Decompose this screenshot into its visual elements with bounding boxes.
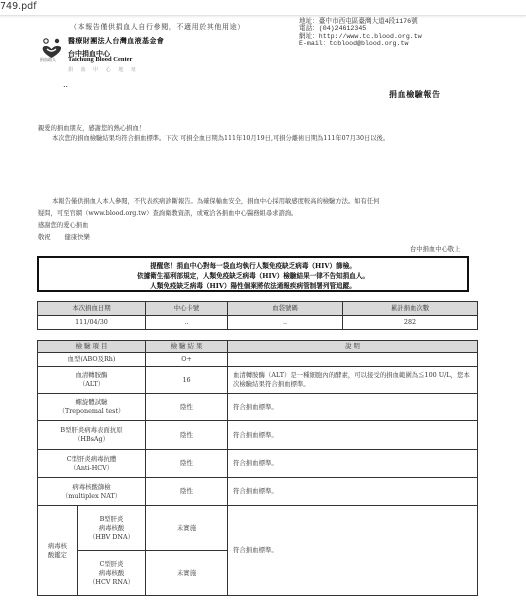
table-row: 血型(ABO及Rh) O+: [38, 353, 478, 367]
test-item: 病毒核酸篩檢（multiplex NAT）: [38, 478, 146, 506]
table-row: 血清轉胺酶（ALT） 16 血清轉胺酶（ALT）是一種細胞內的酵素，可以接受的捐…: [38, 367, 478, 394]
phone-line: 電話：(04)24612345: [299, 25, 422, 32]
bag-number: ..: [228, 316, 343, 330]
test-result: O+: [146, 353, 228, 367]
header-card-number: 中心卡號: [146, 302, 228, 316]
test-item: C型肝炎病毒抗體（Anti-HCV）: [38, 450, 146, 478]
test-note: 符合捐血標準。: [228, 394, 478, 421]
test-item: B型肝炎病毒核酸（HBV DNA）: [78, 506, 146, 551]
table-row: 病毒核酸鑑定 B型肝炎病毒核酸（HBV DNA） 未實施 符合捐血標準。: [38, 506, 478, 551]
nat-group-label: 病毒核酸鑑定: [38, 506, 78, 596]
header-donation-date: 本次捐血日期: [38, 302, 146, 316]
test-result: 陰性: [146, 450, 228, 478]
header-total-donations: 累計捐血次數: [343, 302, 478, 316]
disclaimer-line-1: 本報告僅供捐血人本人參閱，不代表疾病診斷報告。為確保輸血安全，捐血中心採用敏感度…: [52, 196, 379, 205]
table-row: 螺旋體試驗（Treponemal test） 陰性 符合捐血標準。: [38, 394, 478, 421]
test-item: 血清轉胺酶（ALT）: [38, 367, 146, 394]
logo-caption: 捐血助人: [40, 57, 56, 63]
header-test-result: 檢 驗 結 果: [146, 341, 228, 353]
test-result: 未實施: [146, 551, 228, 596]
signature: 台中捐血中心敬上: [410, 244, 460, 253]
regards-2: 健康快樂: [65, 234, 90, 241]
test-note: 符合捐血標準。: [228, 506, 478, 596]
organization-name: 醫療財團法人台灣血液基金會: [68, 36, 164, 46]
test-item: C型肝炎病毒核酸（HCV RNA）: [78, 551, 146, 596]
email-line: E-mail：tcblood@blood.org.tw: [299, 40, 422, 47]
test-note: [228, 353, 478, 367]
website-line: 網址：http://www.tc.blood.org.tw: [299, 33, 422, 40]
card-number: ..: [146, 316, 228, 330]
pdf-filename: 749.pdf: [0, 0, 37, 14]
contact-block: 地址：臺中市西屯區臺灣大道4段1176號 電話：(04)24612345 網址：…: [299, 18, 422, 48]
test-note: 符合捐血標準。: [228, 421, 478, 450]
test-item: B型肝炎病毒表面抗原（HBsAg）: [38, 421, 146, 450]
header-bag-number: 血袋號碼: [228, 302, 343, 316]
test-results-table: 檢 驗 項 目 檢 驗 結 果 說 明 血型(ABO及Rh) O+ 血清轉胺酶（…: [37, 340, 478, 596]
test-note: 符合捐血標準。: [228, 478, 478, 506]
thanks-line: 感謝您的愛心捐血: [38, 220, 88, 229]
donation-date: 111/04/30: [38, 316, 146, 330]
header-test-item: 檢 驗 項 目: [38, 341, 146, 353]
test-item: 螺旋體試驗（Treponemal test）: [38, 394, 146, 421]
warning-line: 提醒您！捐血中心對每一袋血均執行人類免疫缺乏病毒（HIV）篩檢。: [39, 261, 467, 271]
report-title: 捐血檢驗報告: [389, 89, 441, 100]
report-usage-notice: （本報告僅供捐血人自行參閱，不適用於其他用途）: [70, 22, 245, 32]
total-donations: 282: [343, 316, 478, 330]
greeting: 親愛的捐血朋友，感謝您的熱心捐血！: [38, 123, 145, 132]
warning-line: 人類免疫缺乏病毒（HIV）陽性個案將依法通報疾病管制署列管追蹤。: [39, 281, 467, 291]
hiv-warning-box: 提醒您！捐血中心對每一袋血均執行人類免疫缺乏病毒（HIV）篩檢。 依據衛生福利部…: [37, 256, 469, 292]
test-note: 符合捐血標準。: [228, 450, 478, 478]
table-row: C型肝炎病毒抗體（Anti-HCV） 陰性 符合捐血標準。: [38, 450, 478, 478]
center-name-english: Taichung Blood Center: [68, 56, 132, 63]
test-result: 未實施: [146, 506, 228, 551]
test-item: 血型(ABO及Rh): [38, 353, 146, 367]
regards-1: 敬祝: [38, 234, 51, 241]
disclaimer-line-2: 疑問，可至官網（www.blood.org.tw）查詢衛教資訊，或電洽各捐血中心…: [38, 208, 297, 217]
test-result: 陰性: [146, 394, 228, 421]
result-summary: 本次您的捐血檢驗結果均符合捐血標準。下次 可捐全血日期為111年10月19日,可…: [52, 133, 389, 142]
test-result: 16: [146, 367, 228, 394]
recipient-masked: ..: [63, 80, 68, 89]
header-description: 說 明: [228, 341, 478, 353]
donation-info-table: 本次捐血日期 中心卡號 血袋號碼 累計捐血次數 111/04/30 .. .. …: [37, 301, 478, 330]
table-row: B型肝炎病毒表面抗原（HBsAg） 陰性 符合捐血標準。: [38, 421, 478, 450]
regards-line: 敬祝健康快樂: [38, 232, 90, 241]
pdf-viewer-titlebar: 749.pdf: [0, 0, 526, 16]
test-result: 陰性: [146, 478, 228, 506]
table-row: 病毒核酸篩檢（multiplex NAT） 陰性 符合捐血標準。: [38, 478, 478, 506]
test-note: 血清轉胺酶（ALT）是一種細胞內的酵素，可以接受的捐血範圍為≦100 U/L，您…: [228, 367, 478, 394]
faded-header-line: 捐 血 中 心 地 址: [68, 66, 139, 73]
test-result: 陰性: [146, 421, 228, 450]
warning-line: 依據衛生福利部規定，人類免疫缺乏病毒（HIV）檢驗結果一律不告知捐血人。: [39, 271, 467, 281]
